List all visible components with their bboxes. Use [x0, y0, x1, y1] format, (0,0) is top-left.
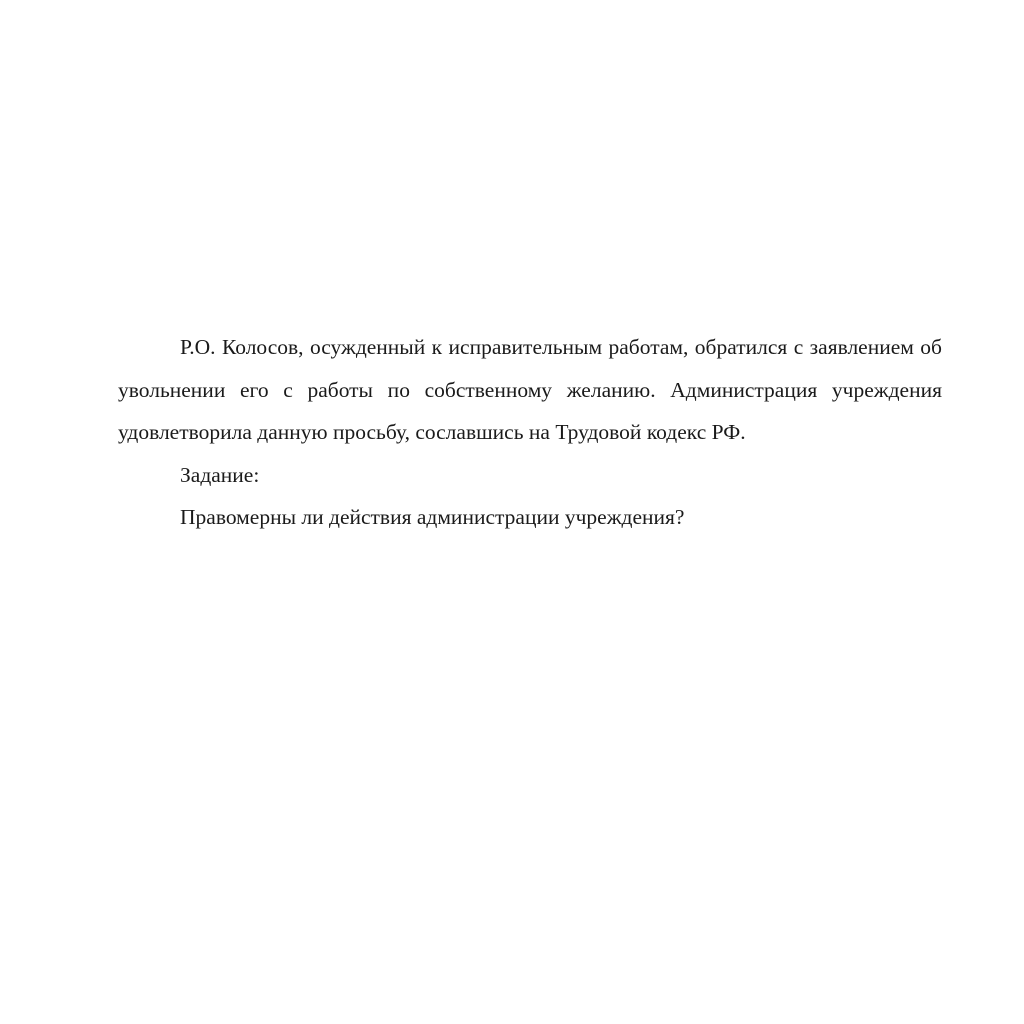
task-question: Правомерны ли действия администрации учр…	[118, 496, 942, 539]
document-page: Р.О. Колосов, осужденный к исправительны…	[118, 326, 942, 539]
task-heading: Задание:	[118, 454, 942, 497]
case-description-paragraph: Р.О. Колосов, осужденный к исправительны…	[118, 326, 942, 454]
